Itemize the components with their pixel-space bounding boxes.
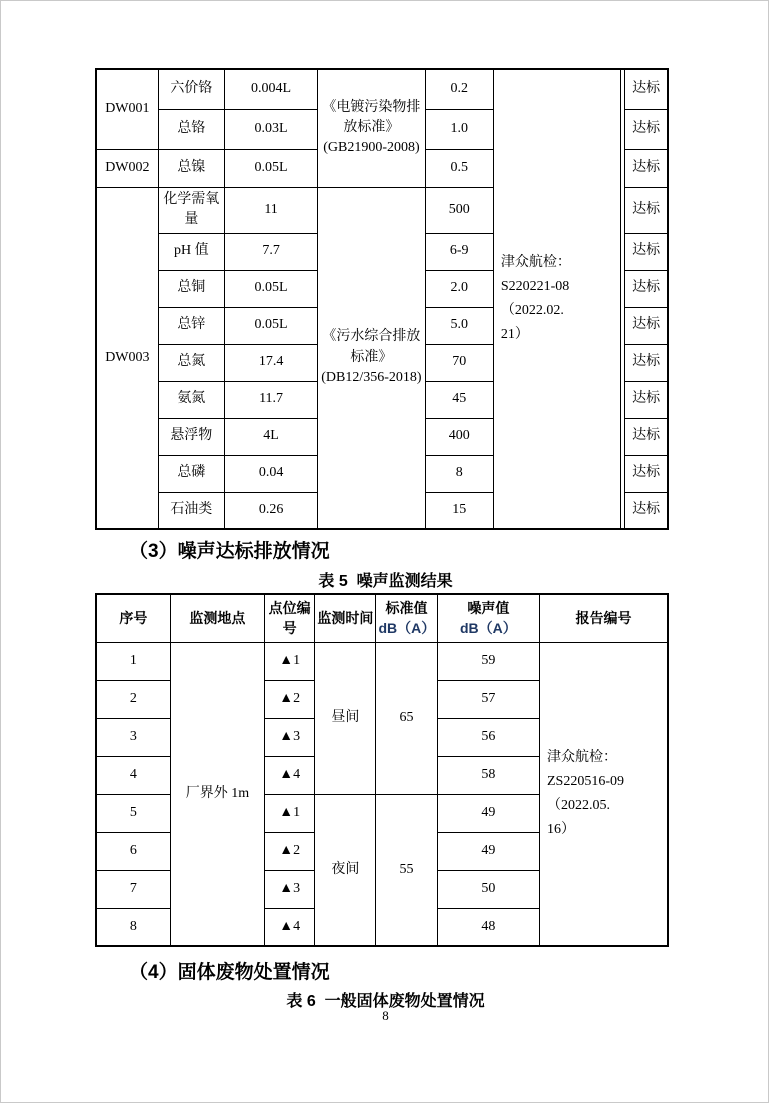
- status-badge: 达标: [625, 69, 668, 109]
- outfall-id: DW003: [96, 187, 158, 529]
- seq-number: 2: [96, 680, 170, 718]
- status-badge: 达标: [625, 418, 668, 455]
- measured-value: 0.004L: [224, 69, 317, 109]
- col-header-standard: 标准值dB（A）: [376, 594, 437, 642]
- monitoring-location: 厂界外 1m: [170, 642, 264, 946]
- status-badge: 达标: [625, 381, 668, 418]
- pollutant-name: 化学需氧量: [158, 187, 224, 233]
- table5-caption: 表 5 噪声监测结果: [1, 568, 769, 591]
- status-badge: 达标: [625, 307, 668, 344]
- outfall-id: DW001: [96, 69, 158, 149]
- col-header-location: 监测地点: [170, 594, 264, 642]
- pollutant-name: 总铜: [158, 270, 224, 307]
- status-badge: 达标: [625, 187, 668, 233]
- status-badge: 达标: [625, 109, 668, 149]
- limit-value: 15: [425, 492, 493, 529]
- pollutant-name: pH 值: [158, 233, 224, 270]
- measured-value: 0.03L: [224, 109, 317, 149]
- pollutant-name: 总铬: [158, 109, 224, 149]
- seq-number: 7: [96, 870, 170, 908]
- col-header-time: 监测时间: [315, 594, 376, 642]
- report-number: 津众航检： ZS220516-09 （2022.05. 16）: [540, 642, 669, 946]
- status-badge: 达标: [625, 149, 668, 187]
- status-badge: 达标: [625, 492, 668, 529]
- seq-number: 5: [96, 794, 170, 832]
- noise-value: 48: [437, 908, 539, 946]
- measured-value: 0.05L: [224, 270, 317, 307]
- pollutant-name: 石油类: [158, 492, 224, 529]
- limit-value: 400: [425, 418, 493, 455]
- pollutant-name: 氨氮: [158, 381, 224, 418]
- point-id: ▲4: [265, 908, 315, 946]
- section-heading-noise: （3）噪声达标排放情况: [129, 536, 330, 563]
- col-header-point: 点位编 号: [265, 594, 315, 642]
- seq-number: 4: [96, 756, 170, 794]
- pollutant-name: 六价铬: [158, 69, 224, 109]
- noise-value: 50: [437, 870, 539, 908]
- monitoring-time: 夜间: [315, 794, 376, 946]
- noise-value: 58: [437, 756, 539, 794]
- point-id: ▲4: [265, 756, 315, 794]
- point-id: ▲2: [265, 680, 315, 718]
- measured-value: 0.05L: [224, 149, 317, 187]
- limit-value: 45: [425, 381, 493, 418]
- measured-value: 4L: [224, 418, 317, 455]
- seq-number: 8: [96, 908, 170, 946]
- noise-value: 57: [437, 680, 539, 718]
- standard-label: 标准值: [386, 600, 428, 616]
- measured-value: 11.7: [224, 381, 317, 418]
- col-header-seq: 序号: [96, 594, 170, 642]
- measured-value: 7.7: [224, 233, 317, 270]
- standard-value: 55: [376, 794, 437, 946]
- outfall-id: DW002: [96, 149, 158, 187]
- noise-value: 56: [437, 718, 539, 756]
- limit-value: 1.0: [425, 109, 493, 149]
- limit-value: 8: [425, 455, 493, 492]
- limit-value: 70: [425, 344, 493, 381]
- status-badge: 达标: [625, 233, 668, 270]
- page-number: 8: [1, 1008, 769, 1024]
- measured-value: 0.26: [224, 492, 317, 529]
- col-header-report: 报告编号: [540, 594, 669, 642]
- seq-number: 1: [96, 642, 170, 680]
- measured-value: 11: [224, 187, 317, 233]
- pollutant-name: 悬浮物: [158, 418, 224, 455]
- noise-unit-label: dB（A）: [460, 620, 517, 636]
- measured-value: 0.04: [224, 455, 317, 492]
- standard-unit-label: dB（A）: [378, 620, 435, 636]
- section-heading-solid-waste: （4）固体废物处置情况: [129, 957, 330, 984]
- seq-number: 6: [96, 832, 170, 870]
- limit-value: 0.5: [425, 149, 493, 187]
- limit-value: 500: [425, 187, 493, 233]
- point-id: ▲2: [265, 832, 315, 870]
- limit-value: 2.0: [425, 270, 493, 307]
- noise-label: 噪声值: [467, 600, 509, 616]
- pollutant-name: 总磷: [158, 455, 224, 492]
- point-id: ▲1: [265, 642, 315, 680]
- monitoring-time: 昼间: [315, 642, 376, 794]
- limit-value: 6-9: [425, 233, 493, 270]
- measured-value: 0.05L: [224, 307, 317, 344]
- pollutant-name: 总氮: [158, 344, 224, 381]
- wastewater-compliance-table: DW001 六价铬 0.004L 《电镀污染物排 放标准》 (GB21900-2…: [95, 68, 669, 530]
- noise-value: 49: [437, 794, 539, 832]
- point-id: ▲3: [265, 870, 315, 908]
- status-badge: 达标: [625, 270, 668, 307]
- limit-value: 0.2: [425, 69, 493, 109]
- standard-value: 65: [376, 642, 437, 794]
- standard-name: 《污水综合排放 标准》 (DB12/356-2018): [318, 187, 425, 529]
- pollutant-name: 总镍: [158, 149, 224, 187]
- point-id: ▲3: [265, 718, 315, 756]
- standard-name: 《电镀污染物排 放标准》 (GB21900-2008): [318, 69, 425, 187]
- document-page: DW001 六价铬 0.004L 《电镀污染物排 放标准》 (GB21900-2…: [0, 0, 769, 1103]
- report-number: 津众航检： S220221-08 （2022.02. 21）: [493, 69, 620, 529]
- noise-value: 59: [437, 642, 539, 680]
- point-id: ▲1: [265, 794, 315, 832]
- status-badge: 达标: [625, 344, 668, 381]
- col-header-noise: 噪声值 dB（A）: [437, 594, 539, 642]
- limit-value: 5.0: [425, 307, 493, 344]
- seq-number: 3: [96, 718, 170, 756]
- noise-value: 49: [437, 832, 539, 870]
- pollutant-name: 总锌: [158, 307, 224, 344]
- status-badge: 达标: [625, 455, 668, 492]
- noise-monitoring-table: 序号 监测地点 点位编 号 监测时间 标准值dB（A） 噪声值 dB（A） 报告…: [95, 593, 669, 947]
- measured-value: 17.4: [224, 344, 317, 381]
